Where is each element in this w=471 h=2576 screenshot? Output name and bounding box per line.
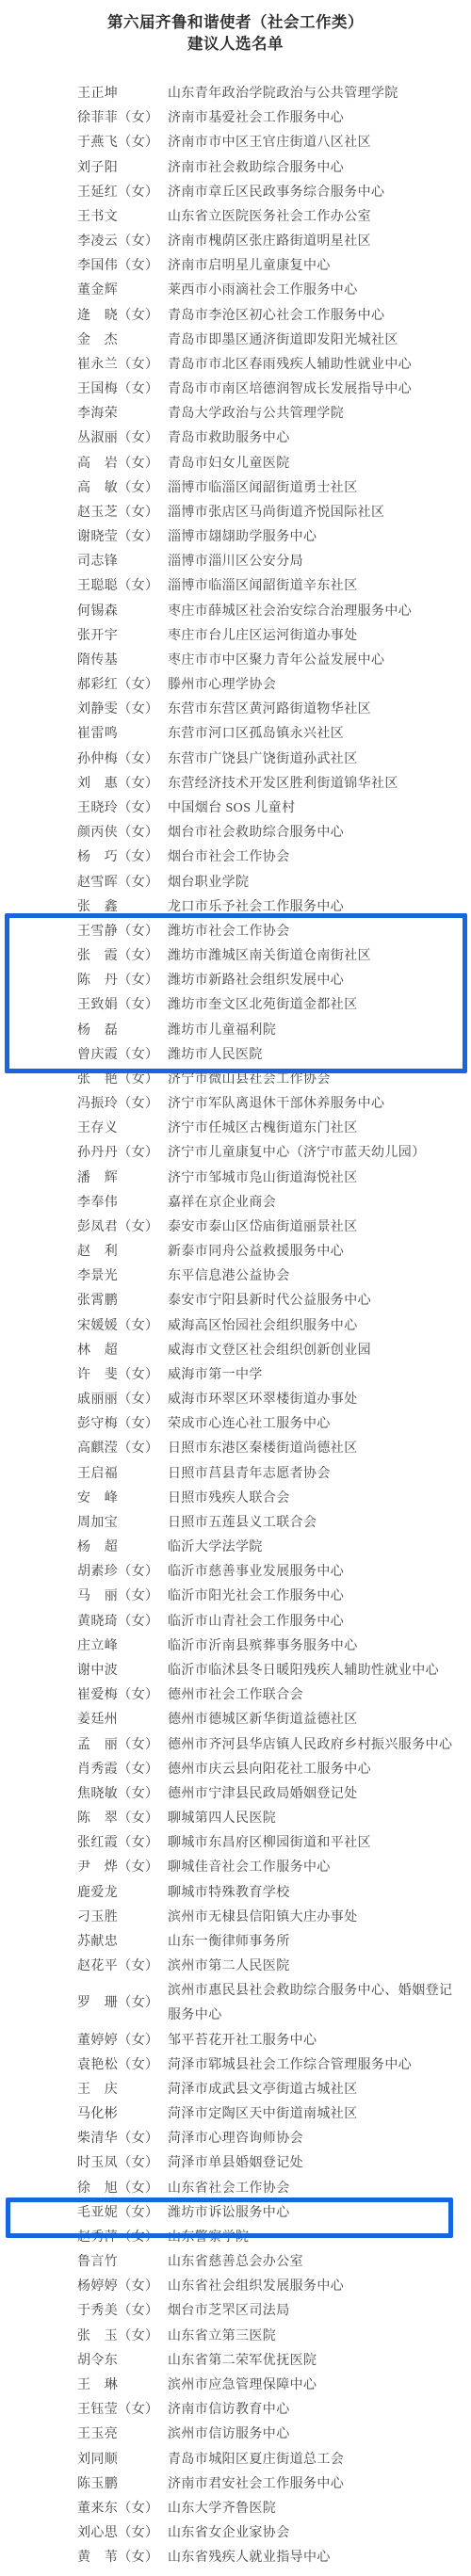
candidate-row: 王国梅（女）青岛市市南区培德润智成长发展指导中心: [0, 378, 471, 402]
candidate-org: 嘉祥在京企业商会: [168, 1191, 471, 1216]
candidate-row: 尹 烨（女）聊城佳音社会工作服务中心: [0, 1856, 471, 1880]
candidate-name: 曾庆霞（女）: [77, 1043, 168, 1068]
candidate-name: 王启福: [77, 1462, 168, 1487]
candidate-row: 董金辉莱西市小雨滴社会工作服务中心: [0, 279, 471, 303]
candidate-row: 戚丽丽（女）威海市环翠区环翠楼街道办事处: [0, 1388, 471, 1412]
candidate-row: 林 超威海市文登区社会组织创新创业园: [0, 1339, 471, 1363]
candidate-name: 刘子阳: [77, 156, 168, 181]
candidate-row: 高 岩（女）青岛市妇女儿童医院: [0, 452, 471, 476]
candidate-row: 赵 利新泰市同舟公益救援服务中心: [0, 1240, 471, 1264]
candidate-org: 山东省社会工作协会: [168, 2177, 471, 2201]
candidate-row: 罗 珊（女）滨州市惠民县社会救助综合服务中心、婚姻登记服务中心: [0, 1979, 471, 2028]
candidate-org: 滨州市应急管理保障中心: [168, 2374, 471, 2398]
candidate-name: 刁玉胜: [77, 1906, 168, 1930]
candidate-row: 柴清华（女）菏泽市心理咨询师协会: [0, 2127, 471, 2151]
candidate-org: 青岛市妇女儿童医院: [168, 452, 471, 476]
candidate-name: 张 鑫: [77, 895, 168, 920]
candidate-org: 潍坊市奎文区北苑街道金都社区: [168, 993, 471, 1018]
candidate-row: 刘静雯（女）东营市东营区黄河路街道物华社区: [0, 698, 471, 722]
candidate-row: 高麒滢（女）日照市东港区秦楼街道尚德社区: [0, 1437, 471, 1461]
candidate-list: 王正坤山东青年政治学院政治与公共管理学院徐菲菲（女）济南市基爱社会工作服务中心于…: [0, 82, 471, 2570]
candidate-name: 金 杰: [77, 329, 168, 353]
candidate-name: 鹿爱龙: [77, 1881, 168, 1906]
candidate-org: 淄博市翃翃助学服务中心: [168, 525, 471, 550]
candidate-name: 王致娟（女）: [77, 993, 168, 1018]
page-title-line1: 第六届齐鲁和谐使者（社会工作类）: [0, 11, 471, 33]
candidate-org: 淄博市张店区马尚街道齐悦国际社区: [168, 501, 471, 525]
candidate-name: 王正坤: [77, 82, 168, 106]
candidate-row: 黄 苇（女）山东省残疾人就业指导中心: [0, 2546, 471, 2570]
candidate-row: 王延红（女）济南市章丘区民政事务综合服务中心: [0, 181, 471, 205]
candidate-row: 彭守梅（女）荣成市心连心社工服务中心: [0, 1412, 471, 1437]
candidate-name: 姜廷州: [77, 1708, 168, 1732]
candidate-org: 威海高区怡园社会组织服务中心: [168, 1314, 471, 1339]
candidate-name: 彭守梅（女）: [77, 1412, 168, 1437]
candidate-org: 烟台职业学院: [168, 871, 471, 895]
candidate-row: 于燕飞（女）济南市市中区王官庄街道八区社区: [0, 131, 471, 155]
candidate-org: 山东省立第三医院: [168, 2325, 471, 2349]
candidate-org: 济南市君安社会工作服务中心: [168, 2472, 471, 2497]
candidate-name: 杨 磊: [77, 1019, 168, 1043]
candidate-org: 滨州市无棣县信阳镇大庄办事处: [168, 1906, 471, 1930]
candidate-row: 董婷婷（女）邹平苔花开社工服务中心: [0, 2029, 471, 2053]
candidate-name: 何锡森: [77, 600, 168, 624]
candidate-row: 徐菲菲（女）济南市基爱社会工作服务中心: [0, 106, 471, 131]
candidate-org: 枣庄市台儿庄区运河街道办事处: [168, 624, 471, 649]
candidate-row: 王雪静（女）潍坊市社会工作协会: [0, 920, 471, 944]
candidate-row: 宋媛媛（女）威海高区怡园社会组织服务中心: [0, 1314, 471, 1339]
candidate-name: 高 岩（女）: [77, 452, 168, 476]
candidate-name: 周加宝: [77, 1511, 168, 1536]
candidate-name: 于秀美（女）: [77, 2299, 168, 2324]
candidate-name: 时玉凤（女）: [77, 2151, 168, 2176]
candidate-row: 潘 辉济宁市邹城市凫山街道海悦社区: [0, 1167, 471, 1191]
candidate-name: 郝彩红（女）: [77, 673, 168, 698]
candidate-row: 王正坤山东青年政治学院政治与公共管理学院: [0, 82, 471, 106]
candidate-row: 孟 丽（女）德州市齐河县华店镇人民政府乡村振兴服务中心: [0, 1733, 471, 1758]
candidate-name: 马 丽（女）: [77, 1585, 168, 1609]
candidate-name: 袁艳松（女）: [77, 2053, 168, 2078]
candidate-row: 鲁言竹山东省慈善总会办公室: [0, 2250, 471, 2275]
candidate-org: 临沂市阳光社会工作服务中心: [168, 1585, 471, 1609]
candidate-org: 济南市章丘区民政事务综合服务中心: [168, 181, 471, 205]
candidate-name: 谢中波: [77, 1659, 168, 1683]
candidate-row: 王晓玲（女）中国烟台 SOS 儿童村: [0, 797, 471, 821]
candidate-name: 王晓玲（女）: [77, 797, 168, 821]
candidate-org: 山东省立医院医务社会工作办公室: [168, 205, 471, 230]
candidate-row: 董来东（女）山东大学齐鲁医院: [0, 2497, 471, 2521]
candidate-name: 崔永兰（女）: [77, 353, 168, 378]
candidate-org: 枣庄市市中区聚力青年公益发展中心: [168, 649, 471, 673]
candidate-name: 王 庆: [77, 2078, 168, 2102]
candidate-row: 李国伟（女）济南市启明星儿童康复中心: [0, 254, 471, 279]
candidate-org: 滨州市信访服务中心: [168, 2423, 471, 2447]
candidate-org: 东营市河口区孤岛镇永兴社区: [168, 722, 471, 747]
candidate-org: 山东省第二荣军优抚医院: [168, 2349, 471, 2374]
candidate-org: 青岛大学政治与公共管理学院: [168, 402, 471, 427]
candidate-name: 潘 辉: [77, 1167, 168, 1191]
candidate-org: 德州市宁津县民政局婚姻登记处: [168, 1782, 471, 1807]
candidate-org: 滨州市第二人民医院: [168, 1955, 471, 1979]
candidate-org: 山东省女企业家协会: [168, 2521, 471, 2546]
candidate-name: 肖秀霞（女）: [77, 1758, 168, 1782]
candidate-org: 东平信息港公益协会: [168, 1264, 471, 1289]
candidate-name: 李凌云（女）: [77, 230, 168, 254]
candidate-org: 东营市东营区黄河路街道物华社区: [168, 698, 471, 722]
candidate-org: 荣成市心连心社工服务中心: [168, 1412, 471, 1437]
candidate-org: 济南市基爱社会工作服务中心: [168, 106, 471, 131]
candidate-row: 于秀美（女）烟台市芝罘区司法局: [0, 2299, 471, 2324]
candidate-name: 刘同顺: [77, 2448, 168, 2472]
candidate-row: 王致娟（女）潍坊市奎文区北苑街道金都社区: [0, 993, 471, 1018]
candidate-org: 青岛市救助服务中心: [168, 427, 471, 451]
candidate-row: 崔永兰（女）青岛市市北区春雨残疾人辅助性就业中心: [0, 353, 471, 378]
candidate-name: 董婷婷（女）: [77, 2029, 168, 2053]
candidate-name: 张 霞（女）: [77, 944, 168, 969]
candidate-org: 烟台市社会救助综合服务中心: [168, 821, 471, 845]
candidate-name: 王钰莹（女）: [77, 2398, 168, 2423]
candidate-row: 颜丙侠（女）烟台市社会救助综合服务中心: [0, 821, 471, 845]
candidate-name: 宋媛媛（女）: [77, 1314, 168, 1339]
candidate-row: 王聪聪（女）淄博市临淄区闻韶街道辛东社区: [0, 574, 471, 599]
candidate-row: 崔爱梅（女）德州市社会工作联合会: [0, 1683, 471, 1708]
candidate-name: 罗 珊（女）: [77, 1991, 168, 2016]
candidate-org: 山东一衡律师事务所: [168, 1930, 471, 1955]
candidate-name: 陈 丹（女）: [77, 969, 168, 993]
candidate-org: 德州市庆云县向阳花社工服务中心: [168, 1758, 471, 1782]
candidate-org: 莱西市小雨滴社会工作服务中心: [168, 279, 471, 303]
page-title-line2: 建议人选名单: [0, 33, 471, 55]
candidate-org: 菏泽市心理咨询师协会: [168, 2127, 471, 2151]
candidate-org: 淄博市淄川区公安分局: [168, 550, 471, 574]
candidate-name: 许 斐（女）: [77, 1363, 168, 1388]
candidate-row: 孙丹丹（女）济宁市儿童康复中心（济宁市蓝天幼儿园）: [0, 1141, 471, 1166]
candidate-row: 刘子阳济南市社会救助综合服务中心: [0, 156, 471, 181]
candidate-row: 隋传基枣庄市市中区聚力青年公益发展中心: [0, 649, 471, 673]
candidate-row: 李海荣青岛大学政治与公共管理学院: [0, 402, 471, 427]
candidate-row: 郝彩红（女）滕州市心理学协会: [0, 673, 471, 698]
candidate-org: 滕州市心理学协会: [168, 673, 471, 698]
candidate-name: 孙丹丹（女）: [77, 1141, 168, 1166]
candidate-row: 王钰莹（女）济南市信访教育中心: [0, 2398, 471, 2423]
candidate-row: 王书文山东省立医院医务社会工作办公室: [0, 205, 471, 230]
candidate-name: 隋传基: [77, 649, 168, 673]
candidate-name: 陈 翠（女）: [77, 1807, 168, 1831]
candidate-org: 济宁市微山县社会工作协会: [168, 1068, 471, 1092]
candidate-org: 东营市广饶县广饶街道孙武社区: [168, 748, 471, 772]
candidate-row: 姜廷州德州市德城区新华街道益德社区: [0, 1708, 471, 1732]
candidate-org: 聊城佳音社会工作服务中心: [168, 1856, 471, 1880]
candidate-org: 日照市东港区秦楼街道尚德社区: [168, 1437, 471, 1461]
candidate-name: 赵 利: [77, 1240, 168, 1264]
candidate-name: 杨 巧（女）: [77, 845, 168, 870]
candidate-org: 潍坊市诉讼服务中心: [168, 2201, 471, 2226]
candidate-row: 王存义济宁市任城区古槐街道东门社区: [0, 1117, 471, 1141]
candidate-org: 淄博市临淄区闻韶街道勇士社区: [168, 476, 471, 501]
candidate-row: 陈 翠（女）聊城第四人民医院: [0, 1807, 471, 1831]
candidate-row: 安 峰日照市残疾人联合会: [0, 1487, 471, 1511]
candidate-name: 孙仲梅（女）: [77, 748, 168, 772]
candidate-name: 赵玉芝（女）: [77, 501, 168, 525]
candidate-row: 马化彬菏泽市定陶区天中街道南城社区: [0, 2102, 471, 2127]
candidate-org: 济南市市中区王官庄街道八区社区: [168, 131, 471, 155]
candidate-name: 庄立峰: [77, 1634, 168, 1659]
candidate-name: 尹 烨（女）: [77, 1856, 168, 1880]
candidate-name: 高 敏（女）: [77, 476, 168, 501]
candidate-org: 潍坊市儿童福利院: [168, 1019, 471, 1043]
candidate-org: 德州市德城区新华街道益德社区: [168, 1708, 471, 1732]
candidate-row: 谢中波临沂市临沭县冬日暖阳残疾人辅助性就业中心: [0, 1659, 471, 1683]
candidate-row: 赵花平（女）滨州市第二人民医院: [0, 1955, 471, 1979]
candidate-row: 崔雷鸣东营市河口区孤岛镇永兴社区: [0, 722, 471, 747]
candidate-name: 黄晓琦（女）: [77, 1610, 168, 1634]
candidate-name: 焦晓敏（女）: [77, 1782, 168, 1807]
candidate-row: 彭凤君（女）泰安市泰山区岱庙街道丽景社区: [0, 1216, 471, 1240]
candidate-row: 张开宇枣庄市台儿庄区运河街道办事处: [0, 624, 471, 649]
candidate-org: 山东青年政治学院政治与公共管理学院: [168, 82, 471, 106]
candidate-row: 孙仲梅（女）东营市广饶县广饶街道孙武社区: [0, 748, 471, 772]
candidate-org: 青岛市即墨区通济街道即发阳光城社区: [168, 329, 471, 353]
candidate-row: 王 庆菏泽市成武县文亭街道古城社区: [0, 2078, 471, 2102]
candidate-name: 林 超: [77, 1339, 168, 1363]
candidate-row: 张 艳（女）济宁市微山县社会工作协会: [0, 1068, 471, 1092]
candidate-org: 济南市信访教育中心: [168, 2398, 471, 2423]
candidate-name: 陈玉鹏: [77, 2472, 168, 2497]
candidate-org: 聊城市特殊教育学校: [168, 1881, 471, 1906]
candidate-row: 张 霞（女）潍坊市潍城区南关街道仓南街社区: [0, 944, 471, 969]
candidate-org: 菏泽市单县婚姻登记处: [168, 2151, 471, 2176]
candidate-org: 泰安市宁阳县新时代公益服务中心: [168, 1289, 471, 1313]
candidate-name: 柴清华（女）: [77, 2127, 168, 2151]
candidate-row: 焦晓敏（女）德州市宁津县民政局婚姻登记处: [0, 1782, 471, 1807]
candidate-name: 戚丽丽（女）: [77, 1388, 168, 1412]
candidate-org: 青岛市市北区春雨残疾人辅助性就业中心: [168, 353, 471, 378]
candidate-name: 黄 苇（女）: [77, 2546, 168, 2570]
candidate-row: 李景光东平信息港公益协会: [0, 1264, 471, 1289]
candidate-row: 胡令东山东省第二荣军优抚医院: [0, 2349, 471, 2374]
candidate-org: 德州市齐河县华店镇人民政府乡村振兴服务中心: [168, 1733, 471, 1758]
candidate-name: 李国伟（女）: [77, 254, 168, 279]
candidate-row: 杨 超临沂大学法学院: [0, 1536, 471, 1560]
candidate-row: 毛亚妮（女）潍坊市诉讼服务中心: [0, 2201, 471, 2226]
candidate-org: 泰安市泰山区岱庙街道丽景社区: [168, 1216, 471, 1240]
candidate-name: 胡令东: [77, 2349, 168, 2374]
candidate-org: 烟台市芝罘区司法局: [168, 2299, 471, 2324]
candidate-name: 刘 惠（女）: [77, 772, 168, 797]
candidate-name: 谢晓莹（女）: [77, 525, 168, 550]
candidate-org: 青岛市城阳区夏庄街道总工会: [168, 2448, 471, 2472]
candidate-org: 淄博市临淄区闻韶街道辛东社区: [168, 574, 471, 599]
candidate-org: 临沂市山青社会工作服务中心: [168, 1610, 471, 1634]
candidate-org: 临沂市慈善事业发展服务中心: [168, 1560, 471, 1585]
candidate-org: 潍坊市新路社会组织发展中心: [168, 969, 471, 993]
candidate-name: 李海荣: [77, 402, 168, 427]
candidate-row: 李凌云（女）济南市槐荫区张庄路街道明星社区: [0, 230, 471, 254]
candidate-name: 李景光: [77, 1264, 168, 1289]
candidate-name: 王玉亮: [77, 2423, 168, 2447]
candidate-row: 高 敏（女）淄博市临淄区闻韶街道勇士社区: [0, 476, 471, 501]
candidate-org: 山东省社会组织发展服务中心: [168, 2275, 471, 2299]
candidate-org: 威海市文登区社会组织创新创业园: [168, 1339, 471, 1363]
candidate-org: 日照市莒县青年志愿者协会: [168, 1462, 471, 1487]
candidate-name: 董金辉: [77, 279, 168, 303]
candidate-org: 新泰市同舟公益救援服务中心: [168, 1240, 471, 1264]
candidate-name: 崔爱梅（女）: [77, 1683, 168, 1708]
candidate-row: 赵玉芝（女）淄博市张店区马尚街道齐悦国际社区: [0, 501, 471, 525]
candidate-name: 杨 超: [77, 1536, 168, 1560]
candidate-name: 张霄鹏: [77, 1289, 168, 1313]
candidate-name: 王书文: [77, 205, 168, 230]
candidate-name: 刘心思（女）: [77, 2521, 168, 2546]
candidate-row: 黄晓琦（女）临沂市山青社会工作服务中心: [0, 1610, 471, 1634]
candidate-row: 丛淑丽（女）青岛市救助服务中心: [0, 427, 471, 451]
candidate-org: 济宁市儿童康复中心（济宁市蓝天幼儿园）: [168, 1141, 471, 1166]
candidate-name: 胡素珍（女）: [77, 1560, 168, 1585]
candidate-org: 威海市环翠区环翠楼街道办事处: [168, 1388, 471, 1412]
candidate-name: 司志锋: [77, 550, 168, 574]
candidate-row: 谢晓莹（女）淄博市翃翃助学服务中心: [0, 525, 471, 550]
candidate-row: 李奉伟嘉祥在京企业商会: [0, 1191, 471, 1216]
candidate-org: 山东大学齐鲁医院: [168, 2497, 471, 2521]
candidate-name: 逄 晓（女）: [77, 304, 168, 329]
candidate-name: 王聪聪（女）: [77, 574, 168, 599]
candidate-org: 滨州市惠民县社会救助综合服务中心、婚姻登记服务中心: [168, 1979, 471, 2028]
candidate-org: 中国烟台 SOS 儿童村: [168, 797, 471, 821]
candidate-name: 鲁言竹: [77, 2250, 168, 2275]
candidate-name: 赵花平（女）: [77, 1955, 168, 1979]
candidate-org: 济宁市任城区古槐街道东门社区: [168, 1117, 471, 1141]
candidate-org: 龙口市乐予社会工作服务中心: [168, 895, 471, 920]
candidate-row: 逄 晓（女）青岛市李沧区初心社会工作服务中心: [0, 304, 471, 329]
candidate-row: 刁玉胜滨州市无棣县信阳镇大庄办事处: [0, 1906, 471, 1930]
candidate-org: 济南市社会救助综合服务中心: [168, 156, 471, 181]
candidate-row: 徐 旭（女）山东省社会工作协会: [0, 2177, 471, 2201]
candidate-name: 张开宇: [77, 624, 168, 649]
candidate-name: 毛亚妮（女）: [77, 2201, 168, 2226]
candidate-row: 许 斐（女）威海市第一中学: [0, 1363, 471, 1388]
candidate-row: 张 鑫龙口市乐予社会工作服务中心: [0, 895, 471, 920]
candidate-row: 刘同顺青岛市城阳区夏庄街道总工会: [0, 2448, 471, 2472]
candidate-row: 王玉亮滨州市信访服务中心: [0, 2423, 471, 2447]
candidate-name: 冯振玲（女）: [77, 1092, 168, 1117]
candidate-org: 济南市槐荫区张庄路街道明星社区: [168, 230, 471, 254]
candidate-org: 日照市残疾人联合会: [168, 1487, 471, 1511]
candidate-row: 陈玉鹏济南市君安社会工作服务中心: [0, 2472, 471, 2497]
candidate-row: 赵雪晖（女）烟台职业学院: [0, 871, 471, 895]
candidate-name: 苏献忠: [77, 1930, 168, 1955]
candidate-row: 时玉凤（女）菏泽市单县婚姻登记处: [0, 2151, 471, 2176]
candidate-row: 王 琳滨州市应急管理保障中心: [0, 2374, 471, 2398]
candidate-name: 于燕飞（女）: [77, 131, 168, 155]
candidate-org: 山东警察学院: [168, 2226, 471, 2250]
candidate-name: 徐菲菲（女）: [77, 106, 168, 131]
candidate-name: 王国梅（女）: [77, 378, 168, 402]
candidate-org: 邹平苔花开社工服务中心: [168, 2029, 471, 2053]
candidate-org: 菏泽市定陶区天中街道南城社区: [168, 2102, 471, 2127]
candidate-name: 张 艳（女）: [77, 1068, 168, 1092]
candidate-org: 山东省慈善总会办公室: [168, 2250, 471, 2275]
candidate-row: 冯振玲（女）济宁市军队离退休干部休养服务中心: [0, 1092, 471, 1117]
candidate-row: 曾庆霞（女）潍坊市人民医院: [0, 1043, 471, 1068]
candidate-row: 肖秀霞（女）德州市庆云县向阳花社工服务中心: [0, 1758, 471, 1782]
candidate-name: 赵秀萍（女）: [77, 2226, 168, 2250]
candidate-org: 青岛市李沧区初心社会工作服务中心: [168, 304, 471, 329]
candidate-org: 山东省残疾人就业指导中心: [168, 2546, 471, 2570]
candidate-org: 潍坊市人民医院: [168, 1043, 471, 1068]
candidate-row: 马 丽（女）临沂市阳光社会工作服务中心: [0, 1585, 471, 1609]
candidate-org: 聊城市东昌府区柳园街道和平社区: [168, 1831, 471, 1856]
candidate-row: 何锡森枣庄市薛城区社会治安综合治理服务中心: [0, 600, 471, 624]
candidate-org: 济宁市军队离退休干部休养服务中心: [168, 1092, 471, 1117]
candidate-org: 菏泽市郓城县社会工作综合管理服务中心: [168, 2053, 471, 2078]
candidate-row: 杨 巧（女）烟台市社会工作协会: [0, 845, 471, 870]
candidate-row: 刘心思（女）山东省女企业家协会: [0, 2521, 471, 2546]
candidate-row: 鹿爱龙聊城市特殊教育学校: [0, 1881, 471, 1906]
candidate-name: 安 峰: [77, 1487, 168, 1511]
candidate-org: 潍坊市社会工作协会: [168, 920, 471, 944]
candidate-org: 济宁市邹城市凫山街道海悦社区: [168, 1167, 471, 1191]
candidate-row: 张红霞（女）聊城市东昌府区柳园街道和平社区: [0, 1831, 471, 1856]
candidate-org: 枣庄市薛城区社会治安综合治理服务中心: [168, 600, 471, 624]
candidate-row: 杨婷婷（女）山东省社会组织发展服务中心: [0, 2275, 471, 2299]
candidate-org: 济南市启明星儿童康复中心: [168, 254, 471, 279]
candidate-name: 王延红（女）: [77, 181, 168, 205]
candidate-org: 临沂市临沭县冬日暖阳残疾人辅助性就业中心: [168, 1659, 471, 1683]
candidate-row: 胡素珍（女）临沂市慈善事业发展服务中心: [0, 1560, 471, 1585]
candidate-org: 青岛市市南区培德润智成长发展指导中心: [168, 378, 471, 402]
candidate-row: 张 玉（女）山东省立第三医院: [0, 2325, 471, 2349]
candidate-name: 高麒滢（女）: [77, 1437, 168, 1461]
candidate-org: 聊城第四人民医院: [168, 1807, 471, 1831]
candidate-org: 烟台市社会工作协会: [168, 845, 471, 870]
candidate-org: 东营经济技术开发区胜利街道锦华社区: [168, 772, 471, 797]
candidate-row: 周加宝日照市五莲县义工联合会: [0, 1511, 471, 1536]
candidate-org: 菏泽市成武县文亭街道古城社区: [168, 2078, 471, 2102]
candidate-name: 彭凤君（女）: [77, 1216, 168, 1240]
candidate-name: 颜丙侠（女）: [77, 821, 168, 845]
candidate-row: 陈 丹（女）潍坊市新路社会组织发展中心: [0, 969, 471, 993]
candidate-row: 刘 惠（女）东营经济技术开发区胜利街道锦华社区: [0, 772, 471, 797]
candidate-name: 崔雷鸣: [77, 722, 168, 747]
candidate-org: 威海市第一中学: [168, 1363, 471, 1388]
candidate-name: 马化彬: [77, 2102, 168, 2127]
candidate-name: 丛淑丽（女）: [77, 427, 168, 451]
page-title: 第六届齐鲁和谐使者（社会工作类） 建议人选名单: [0, 0, 471, 55]
candidate-name: 赵雪晖（女）: [77, 871, 168, 895]
candidate-row: 杨 磊潍坊市儿童福利院: [0, 1019, 471, 1043]
candidate-name: 王 琳: [77, 2374, 168, 2398]
candidate-name: 王存义: [77, 1117, 168, 1141]
candidate-row: 张霄鹏泰安市宁阳县新时代公益服务中心: [0, 1289, 471, 1313]
candidate-org: 临沂市沂南县殡葬事务服务中心: [168, 1634, 471, 1659]
candidate-row: 金 杰青岛市即墨区通济街道即发阳光城社区: [0, 329, 471, 353]
candidate-name: 董来东（女）: [77, 2497, 168, 2521]
candidate-name: 李奉伟: [77, 1191, 168, 1216]
candidate-org: 德州市社会工作联合会: [168, 1683, 471, 1708]
candidate-row: 赵秀萍（女）山东警察学院: [0, 2226, 471, 2250]
candidate-org: 日照市五莲县义工联合会: [168, 1511, 471, 1536]
candidate-row: 王启福日照市莒县青年志愿者协会: [0, 1462, 471, 1487]
candidate-name: 刘静雯（女）: [77, 698, 168, 722]
candidate-org: 临沂大学法学院: [168, 1536, 471, 1560]
candidate-name: 张 玉（女）: [77, 2325, 168, 2349]
candidate-org: 潍坊市潍城区南关街道仓南街社区: [168, 944, 471, 969]
candidate-name: 徐 旭（女）: [77, 2177, 168, 2201]
candidate-name: 张红霞（女）: [77, 1831, 168, 1856]
candidate-name: 杨婷婷（女）: [77, 2275, 168, 2299]
candidate-row: 司志锋淄博市淄川区公安分局: [0, 550, 471, 574]
candidate-name: 孟 丽（女）: [77, 1733, 168, 1758]
